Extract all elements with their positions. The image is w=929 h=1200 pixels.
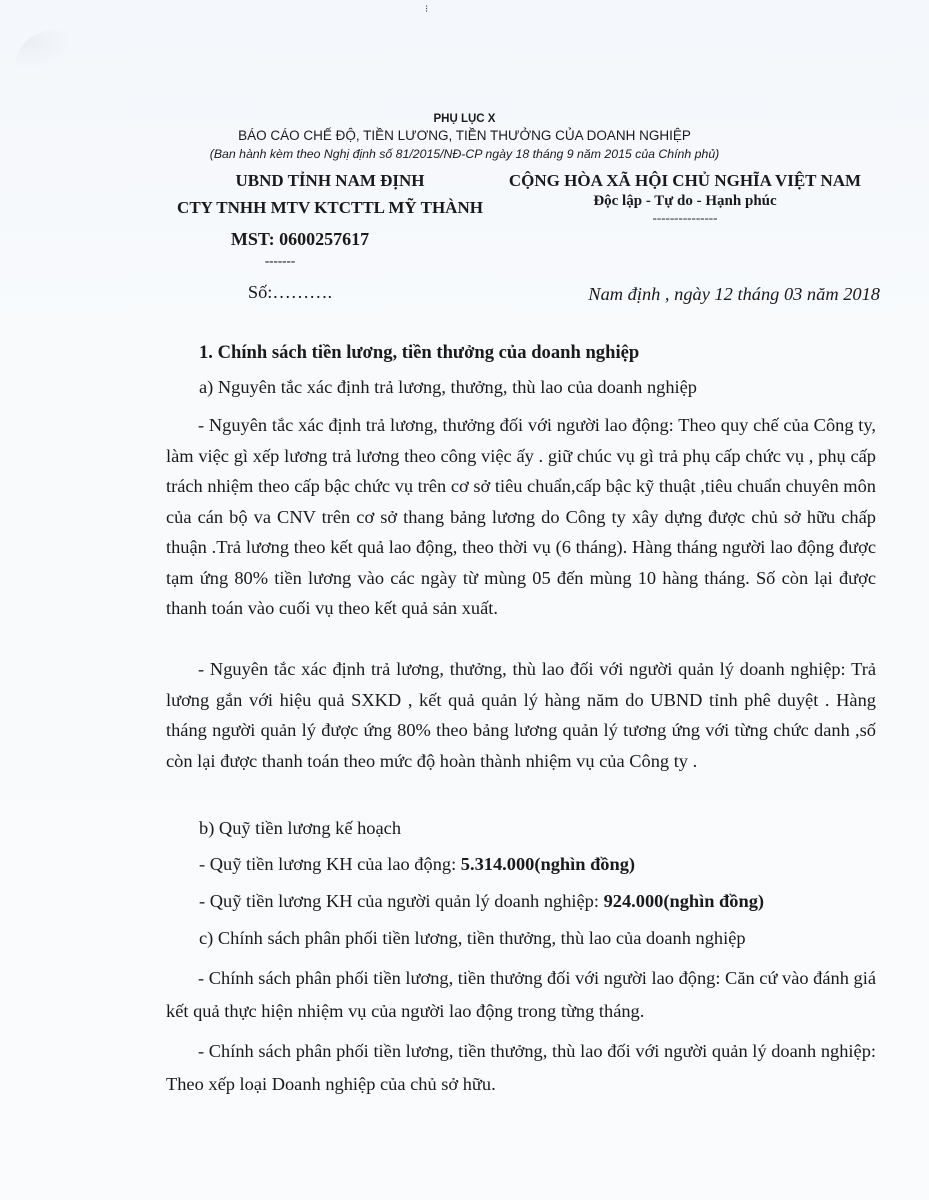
fund-workers-label: - Quỹ tiền lương KH của lao động: — [199, 854, 461, 874]
subsection-c-heading: c) Chính sách phân phối tiền lương, tiền… — [199, 923, 889, 953]
fund-workers-value: 5.314.000(nghìn đồng) — [461, 854, 635, 874]
paragraph-a-workers: - Nguyên tắc xác định trả lương, thưởng … — [166, 410, 876, 624]
subsection-b-heading: b) Quỹ tiền lương kế hoạch — [199, 813, 879, 843]
tax-code: MST: 0600257617 — [150, 229, 450, 250]
scan-artifact — [14, 30, 74, 70]
appendix-title: BÁO CÁO CHẾ ĐỘ, TIỀN LƯƠNG, TIỀN THƯỞNG … — [0, 128, 929, 143]
authority-name: UBND TỈNH NAM ĐỊNH — [150, 171, 510, 191]
paragraph-a-managers: - Nguyên tắc xác định trả lương, thưởng,… — [166, 654, 876, 776]
right-divider: --------------- — [470, 210, 900, 226]
fund-managers-line: - Quỹ tiền lương KH của người quản lý do… — [199, 886, 899, 916]
paragraph-c-workers: - Chính sách phân phối tiền lương, tiền … — [166, 962, 876, 1028]
nation-title: CỘNG HÒA XÃ HỘI CHỦ NGHĨA VIỆT NAM — [470, 171, 900, 191]
left-divider: ------- — [150, 253, 410, 269]
national-motto: Độc lập - Tự do - Hạnh phúc — [470, 193, 900, 210]
fund-workers-line: - Quỹ tiền lương KH của lao động: 5.314.… — [199, 849, 889, 879]
paragraph-c-managers: - Chính sách phân phối tiền lương, tiền … — [166, 1035, 876, 1101]
document-number: Số:………. — [190, 282, 390, 303]
subsection-a-heading: a) Nguyên tắc xác định trả lương, thưởng… — [199, 372, 879, 402]
appendix-label: PHỤ LỤC X — [0, 113, 929, 125]
company-name: CTY TNHH MTV KTCTTL MỸ THÀNH — [150, 198, 510, 218]
fund-managers-label: - Quỹ tiền lương KH của người quản lý do… — [199, 891, 604, 911]
appendix-subtitle: (Ban hành kèm theo Nghị định số 81/2015/… — [0, 147, 929, 161]
fund-managers-value: 924.000(nghìn đồng) — [604, 891, 764, 911]
document-page: ⁝ PHỤ LỤC X BÁO CÁO CHẾ ĐỘ, TIỀN LƯƠNG, … — [0, 0, 929, 1200]
section-1-heading: 1. Chính sách tiền lương, tiền thưởng củ… — [199, 338, 879, 368]
place-and-date: Nam định , ngày 12 tháng 03 năm 2018 — [520, 284, 880, 305]
scan-mark: ⁝ — [425, 4, 428, 15]
